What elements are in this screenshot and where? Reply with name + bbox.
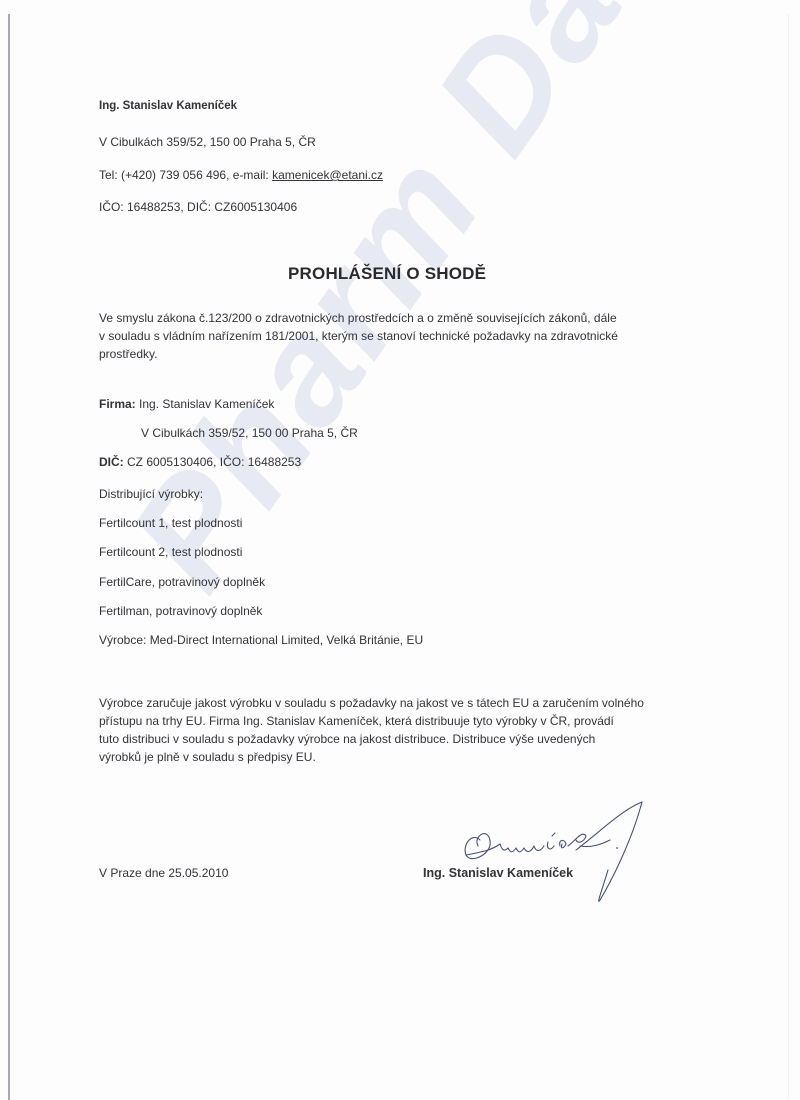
- product-item: Fertilcount 1, test plodnosti: [99, 516, 242, 530]
- product-item: FertilCare, potravinový doplněk: [99, 575, 265, 589]
- dic-label: DIČ:: [99, 455, 124, 469]
- firma-label: Firma:: [99, 397, 136, 411]
- firma-row: Firma: Ing. Stanislav Kameníček: [99, 397, 274, 411]
- products-heading: Distribující výrobky:: [99, 487, 203, 501]
- document-title: PROHLÁŠENÍ O SHODĚ: [288, 264, 486, 284]
- page-right-edge: [788, 14, 789, 1100]
- email-link[interactable]: kamenicek@etani.cz: [272, 168, 383, 182]
- dic-value: CZ 6005130406, IČO: 16488253: [127, 455, 301, 469]
- header-address: V Cibulkách 359/52, 150 00 Praha 5, ČR: [99, 135, 316, 149]
- product-item: Fertilcount 2, test plodnosti: [99, 545, 242, 559]
- header-ids: IČO: 16488253, DIČ: CZ6005130406: [99, 200, 297, 214]
- intro-line: Ve smyslu zákona č.123/200 o zdravotnick…: [99, 309, 739, 327]
- intro-paragraph: Ve smyslu zákona č.123/200 o zdravotnick…: [99, 309, 739, 363]
- statement-line: tuto distribuci v souladu s požadavky vý…: [99, 730, 739, 748]
- statement-line: Výrobce zaručuje jakost výrobku v soulad…: [99, 694, 739, 712]
- statement-line: výrobků je plně v souladu s předpisy EU.: [99, 748, 739, 766]
- intro-line: v souladu s vládním nařízením 181/2001, …: [99, 327, 739, 345]
- header-contact: Tel: (+420) 739 056 496, e-mail: kamenic…: [99, 168, 383, 182]
- firma-address: V Cibulkách 359/52, 150 00 Praha 5, ČR: [141, 426, 358, 440]
- place-date: V Praze dne 25.05.2010: [99, 866, 228, 880]
- statement-paragraph: Výrobce zaručuje jakost výrobku v soulad…: [99, 694, 739, 766]
- firma-value: Ing. Stanislav Kameníček: [139, 397, 274, 411]
- handwritten-signature: [452, 800, 652, 915]
- product-item: Fertilman, potravinový doplněk: [99, 604, 262, 618]
- dic-row: DIČ: CZ 6005130406, IČO: 16488253: [99, 455, 301, 469]
- statement-line: přístupu na trhy EU. Firma Ing. Stanisla…: [99, 712, 739, 730]
- intro-line: prostředky.: [99, 345, 739, 363]
- contact-phone: Tel: (+420) 739 056 496, e-mail:: [99, 168, 272, 182]
- header-name: Ing. Stanislav Kameníček: [99, 100, 237, 112]
- manufacturer: Výrobce: Med-Direct International Limite…: [99, 633, 423, 647]
- page-left-edge: [8, 14, 10, 1100]
